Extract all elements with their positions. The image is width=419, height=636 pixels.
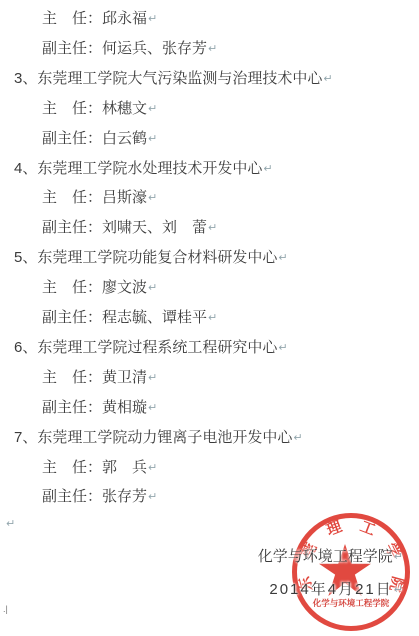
deputy-director-line: 副主任：黄相璇↵ [42,399,157,417]
deputy-director-line: 副主任：白云鹤↵ [42,130,157,148]
paragraph-return-mark: ↵ [208,312,217,324]
line-text: 2014年4月21日 [269,581,392,598]
document-page: 主 任：邱永福↵ 副主任：何运兵、张存芳↵ 3、东莞理工学院大气污染监测与治理技… [0,0,419,636]
paragraph-return-mark: ↵ [148,192,157,204]
paragraph-return-mark: ↵ [148,402,157,414]
line-text: 主 任：邱永福 [42,10,147,27]
line-text: 化学与环境工程学院 [258,548,393,565]
director-line: 主 任：吕斯濠↵ [42,189,157,207]
center-title-line: 5、东莞理工学院功能复合材料研发中心↵ [14,249,288,267]
director-line: 主 任：黄卫清↵ [42,369,157,387]
line-text: 副主任：程志毓、谭桂平 [42,309,207,326]
paragraph-return-mark: ↵ [293,432,302,444]
deputy-director-line: 副主任：何运兵、张存芳↵ [42,40,217,58]
paragraph-return-mark: ↵ [148,133,157,145]
line-text: 3、东莞理工学院大气污染监测与治理技术中心 [14,70,322,87]
deputy-director-line: 副主任：刘啸天、刘 蕾↵ [42,219,217,237]
paragraph-return-mark: ↵ [148,103,157,115]
line-text: 5、东莞理工学院功能复合材料研发中心 [14,249,277,266]
paragraph-return-mark: ↵ [208,43,217,55]
line-text: 主 任：林穗文 [42,100,147,117]
paragraph-return-mark: ↵ [278,342,287,354]
line-text: 4、东莞理工学院水处理技术开发中心 [14,160,262,177]
line-text: 主 任：黄卫清 [42,369,147,386]
official-seal: 东 莞 理 工 学 院 化学与环境工程学院 [292,513,410,631]
director-line: 主 任：林穗文↵ [42,100,157,118]
paragraph-return-mark: ↵ [208,222,217,234]
date-line: 2014年4月21日↵ [269,581,403,599]
line-text: 副主任：黄相璇 [42,399,147,416]
signature-line: 化学与环境工程学院↵ [258,548,403,566]
director-line: 主 任：邱永福↵ [42,10,157,28]
line-text: .| [3,604,8,614]
line-text: 副主任：何运兵、张存芳 [42,40,207,57]
line-text: 副主任：刘啸天、刘 蕾 [42,219,207,236]
center-title-line: 3、东莞理工学院大气污染监测与治理技术中心↵ [14,70,333,88]
deputy-director-line: 副主任：程志毓、谭桂平↵ [42,309,217,327]
director-line: 主 任：郭 兵↵ [42,459,157,477]
paragraph-return-mark: ↵ [323,73,332,85]
deputy-director-line: 副主任：张存芳↵ [42,488,157,506]
paragraph-return-mark: ↵ [278,252,287,264]
center-title-line: 4、东莞理工学院水处理技术开发中心↵ [14,160,273,178]
paragraph-return-mark: ↵ [148,491,157,503]
center-title-line: 7、东莞理工学院动力锂离子电池开发中心↵ [14,429,303,447]
paragraph-return-mark: ↵ [148,13,157,25]
line-text: 主 任：吕斯濠 [42,189,147,206]
line-text: 6、东莞理工学院过程系统工程研究中心 [14,339,277,356]
paragraph-return-mark: ↵ [394,551,403,563]
paragraph-return-mark: ↵ [148,372,157,384]
empty-paragraph: ↵ [5,515,15,533]
line-text: 7、东莞理工学院动力锂离子电池开发中心 [14,429,292,446]
line-text: 主 任：廖文波 [42,279,147,296]
end-mark: .| [3,604,8,614]
line-text: 主 任：郭 兵 [42,459,147,476]
paragraph-return-mark: ↵ [263,163,272,175]
line-text: 副主任：白云鹤 [42,130,147,147]
director-line: 主 任：廖文波↵ [42,279,157,297]
paragraph-return-mark: ↵ [394,584,403,596]
line-text: 副主任：张存芳 [42,488,147,505]
paragraph-return-mark: ↵ [148,282,157,294]
paragraph-return-mark: ↵ [6,518,15,530]
paragraph-return-mark: ↵ [148,462,157,474]
center-title-line: 6、东莞理工学院过程系统工程研究中心↵ [14,339,288,357]
